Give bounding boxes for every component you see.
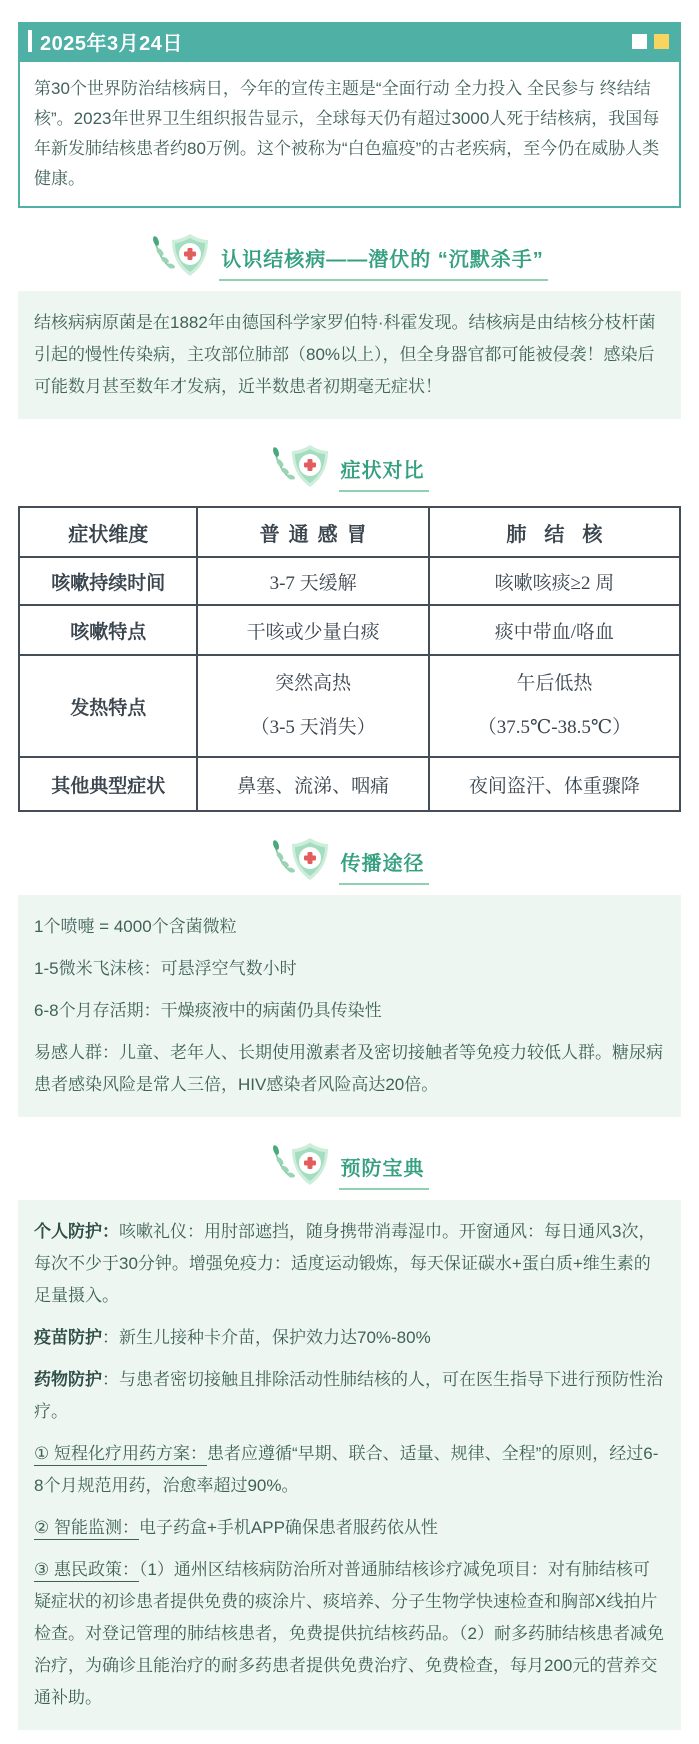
table-header-row: 症状维度 普通感冒 肺结核 [19,507,680,557]
table-row: 其他典型症状 鼻塞、流涕、咽痛 夜间盗汗、体重骤降 [19,757,680,811]
section-title-about: 认识结核病——潜伏的 “沉默杀手” [219,243,548,281]
shield-cross-icon [271,1141,333,1194]
section-header-about: 认识结核病——潜伏的 “沉默杀手” [18,228,681,281]
numbered-label: ① 短程化疗用药方案： [34,1444,207,1466]
numbered-label: ② 智能监测： [34,1518,139,1540]
date-header-bar: 2025年3月24日 [18,22,681,60]
table-row: 咳嗽持续时间 3-7 天缓解 咳嗽咳痰≥2 周 [19,557,680,605]
about-paragraph-block: 结核病病原菌是在1882年由德国科学家罗伯特·科霍发现。结核病是由结核分枝杆菌引… [18,291,681,419]
cell-cold: 鼻塞、流涕、咽痛 [197,757,428,811]
cell-dimension: 咳嗽持续时间 [19,557,197,605]
header-pulmonary-tb: 肺结核 [429,507,680,557]
article-date: 2025年3月24日 [40,27,632,56]
cell-tb: 夜间盗汗、体重骤降 [429,757,680,811]
transmission-line: 易感人群：儿童、老年人、长期使用激素者及密切接触者等免疫力较低人群。糖尿病患者感… [34,1037,665,1101]
transmission-line: 6-8个月存活期：干燥痰液中的病菌仍具传染性 [34,995,665,1027]
shield-shape [292,445,328,487]
shield-cross-icon [151,232,213,285]
shield-shape [172,234,208,276]
table-row: 发热特点 突然高热 （3-5 天消失） 午后低热 （37.5℃-38.5℃） [19,655,680,757]
header-decor-squares [632,34,669,49]
section-title-prevention: 预防宝典 [339,1152,429,1190]
table-row: 咳嗽特点 干咳或少量白痰 痰中带血/咯血 [19,605,680,655]
shield-shape [292,838,328,880]
intro-text: 第30个世界防治结核病日，今年的宣传主题是“全面行动 全力投入 全民参与 终结结… [34,79,659,188]
prevention-label: 疫苗防护 [34,1328,102,1347]
prevention-text: ：与患者密切接触且排除活动性肺结核的人，可在医生指导下进行预防性治疗。 [34,1370,663,1421]
cell-tb: 咳嗽咳痰≥2 周 [429,557,680,605]
numbered-label: ③ 惠民政策： [34,1560,139,1582]
numbered-text: 电子药盒+手机APP确保患者服药依从性 [139,1518,438,1537]
yellow-square-icon [654,34,669,49]
symptom-comparison-table: 症状维度 普通感冒 肺结核 咳嗽持续时间 3-7 天缓解 咳嗽咳痰≥2 周 咳嗽… [18,506,681,812]
numbered-text: （1）通州区结核病防治所对普通肺结核诊疗减免项目：对有肺结核可疑症状的初诊患者提… [34,1560,664,1707]
intro-box: 第30个世界防治结核病日，今年的宣传主题是“全面行动 全力投入 全民参与 终结结… [18,60,681,208]
section-header-prevention: 预防宝典 [18,1137,681,1190]
prevention-item-personal: 个人防护：咳嗽礼仪：用肘部遮挡，随身携带消毒湿巾。开窗通风：每日通风3次，每次不… [34,1216,665,1312]
section-header-transmission: 传播途径 [18,832,681,885]
shield-cross-icon [271,443,333,496]
header-dimension: 症状维度 [19,507,197,557]
shield-shape [292,1143,328,1185]
cell-cold: 干咳或少量白痰 [197,605,428,655]
about-text: 结核病病原菌是在1882年由德国科学家罗伯特·科霍发现。结核病是由结核分枝杆菌引… [34,307,665,403]
prevention-label: 个人防护： [34,1222,119,1241]
section-title-transmission: 传播途径 [339,847,429,885]
prevention-text: ：新生儿接种卡介苗，保护效力达70%-80% [102,1328,431,1347]
transmission-block: 1个喷嚏 = 4000个含菌微粒 1-5微米飞沫核：可悬浮空气数小时 6-8个月… [18,895,681,1117]
prevention-numbered-1: ① 短程化疗用药方案：患者应遵循“早期、联合、适量、规律、全程”的原则，经过6-… [34,1438,665,1502]
section-title-symptoms: 症状对比 [339,454,429,492]
prevention-text: 咳嗽礼仪：用肘部遮挡，随身携带消毒湿巾。开窗通风：每日通风3次，每次不少于30分… [34,1222,655,1305]
cell-dimension: 咳嗽特点 [19,605,197,655]
shield-cross-icon [271,836,333,889]
cell-dimension: 其他典型症状 [19,757,197,811]
cell-cold: 3-7 天缓解 [197,557,428,605]
white-square-icon [632,34,647,49]
prevention-numbered-3: ③ 惠民政策：（1）通州区结核病防治所对普通肺结核诊疗减免项目：对有肺结核可疑症… [34,1554,665,1714]
header-common-cold: 普通感冒 [197,507,428,557]
transmission-line: 1个喷嚏 = 4000个含菌微粒 [34,911,665,943]
cell-cold: 突然高热 （3-5 天消失） [197,655,428,757]
prevention-numbered-2: ② 智能监测：电子药盒+手机APP确保患者服药依从性 [34,1512,665,1544]
cell-dimension: 发热特点 [19,655,197,757]
transmission-line: 1-5微米飞沫核：可悬浮空气数小时 [34,953,665,985]
symptom-table-wrap: 症状维度 普通感冒 肺结核 咳嗽持续时间 3-7 天缓解 咳嗽咳痰≥2 周 咳嗽… [18,506,681,812]
article-page: 2025年3月24日 第30个世界防治结核病日，今年的宣传主题是“全面行动 全力… [0,0,699,1744]
prevention-item-drug: 药物防护：与患者密切接触且排除活动性肺结核的人，可在医生指导下进行预防性治疗。 [34,1364,665,1428]
prevention-item-vaccine: 疫苗防护：新生儿接种卡介苗，保护效力达70%-80% [34,1322,665,1354]
section-header-symptoms: 症状对比 [18,439,681,492]
cell-tb: 午后低热 （37.5℃-38.5℃） [429,655,680,757]
date-tick-decoration [28,30,32,52]
prevention-block: 个人防护：咳嗽礼仪：用肘部遮挡，随身携带消毒湿巾。开窗通风：每日通风3次，每次不… [18,1200,681,1730]
cell-tb: 痰中带血/咯血 [429,605,680,655]
prevention-label: 药物防护 [34,1370,102,1389]
